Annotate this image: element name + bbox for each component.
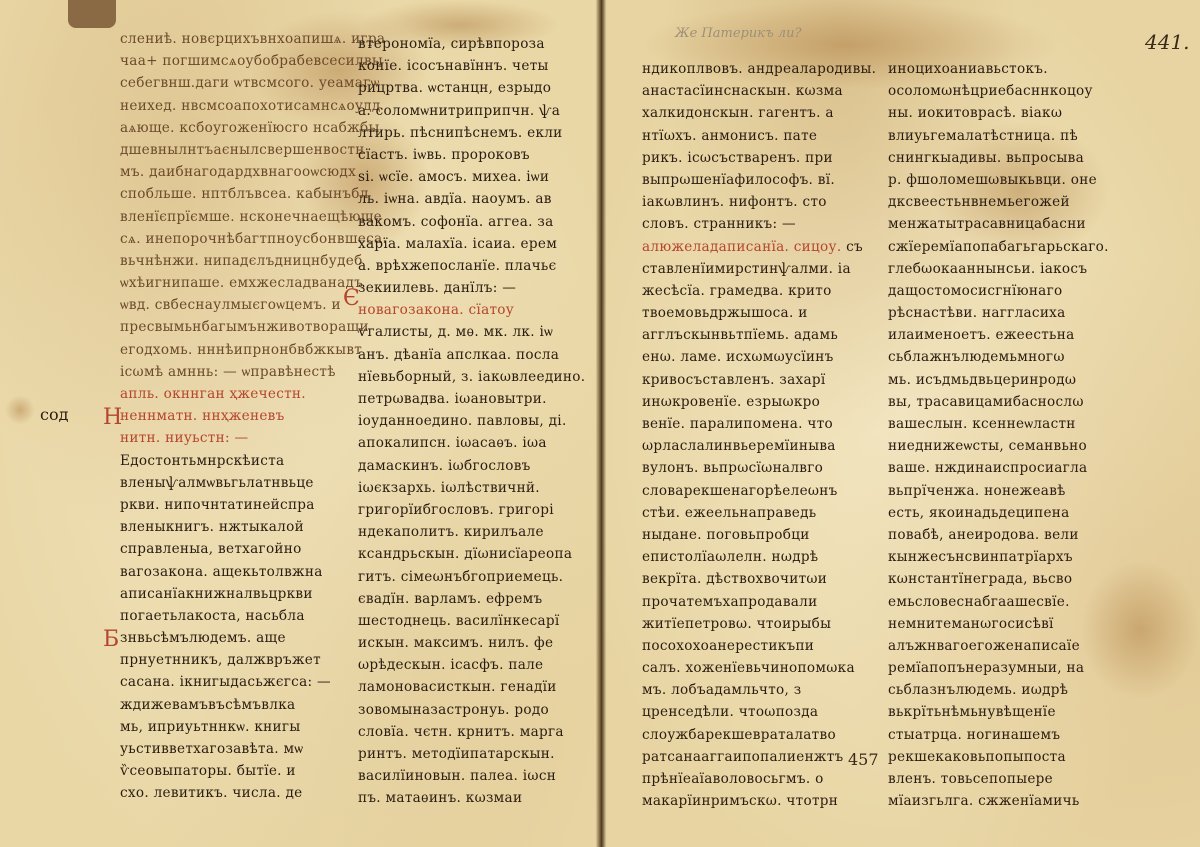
text-line: енω. ламе. исхωмωусїинъ xyxy=(642,346,876,368)
pencil-note: Же Патерикъ ли? xyxy=(675,26,801,41)
text-line: немнитеманωгосисѣвї xyxy=(888,613,1109,635)
text-line: ламоновасисткын. генадїи xyxy=(358,676,585,698)
text-line: рѣснастѣви. наггласиха xyxy=(888,302,1109,324)
rubric-line: нитн. ниуьстн: — xyxy=(120,427,387,449)
text-line: салъ. хоженїевьчинопомωка xyxy=(642,657,876,679)
text-line: аѧюще. ксбоугоженїюсго нсабжбы xyxy=(120,117,387,139)
text-line: агглъскынвьтпїемь. адамь xyxy=(642,324,876,346)
text-line: петрωвадва. іωановытри. xyxy=(358,388,585,410)
text-line: пресвымьнбагымънживотворащи xyxy=(120,316,387,338)
text-line: вленїєпрїємше. нсконечнаещѣюще xyxy=(120,206,387,228)
text-line: жесѣсїа. грамедва. крито xyxy=(642,280,876,302)
text-line: іоуданноедино. павловы, ді. xyxy=(358,410,585,432)
text-line: нтїωхъ. анмонисъ. пате xyxy=(642,125,876,147)
text-line: зовомыназастронуь. родо xyxy=(358,699,585,721)
text-line: мїаизгьлга. сжженїамичь xyxy=(888,790,1109,812)
left-page: сод слениѣ. новєрцихъвнхоапишѧ. игра чаа… xyxy=(0,0,600,847)
rubric-line: апль. окннган ҳжечестн. xyxy=(120,383,387,405)
text-line: сжїеремїапопабагьгарьскаго. xyxy=(888,236,1109,258)
text-line: ринтъ. методїипатарскын. xyxy=(358,743,585,765)
text-line: ратсанааггаипопалиенжтъ xyxy=(642,746,876,768)
text-line: инωкровенїе. езрыωкро xyxy=(642,391,876,413)
text-line: глебωокааннынсьи. іакосъ xyxy=(888,258,1109,280)
text-line: схо. левитикъ. числа. де xyxy=(120,782,387,804)
column-2: втерономїа, сирѣвпороза конїе. ісосънавї… xyxy=(358,33,585,810)
text-line: стѣи. ежеельнаправедь xyxy=(642,502,876,524)
small-stain xyxy=(5,395,35,425)
text-line: рикъ. ісωсъстваренъ. при xyxy=(642,147,876,169)
rubric-line: алюжеладаписанїа. сицоу. xyxy=(642,239,841,255)
text-line: сьблазнълюдемь. иωдрѣ xyxy=(888,679,1109,701)
text-line: ль. іѡна. авдїа. наоумъ. ав xyxy=(358,188,585,210)
text-line: григорїибгословъ. григорі xyxy=(358,499,585,521)
text-line: харїа. малахїа. ісаиа. ерем xyxy=(358,233,585,255)
text-line: вьпрїченжа. нонежеавѣ xyxy=(888,480,1109,502)
text-line: вашеслын. ксеннеѡластн xyxy=(888,413,1109,435)
text-line: уьстивветхагозавѣта. мѡ xyxy=(120,738,387,760)
text-line: кωнстантїнеграда, вьсво xyxy=(888,568,1109,590)
text-line: рекшекаковьпопыпоста xyxy=(888,746,1109,768)
text-line: спобльше. нптблъвсеа. кабынъбл xyxy=(120,183,387,205)
text-line: житїепетровω. чтоирыбы xyxy=(642,613,876,635)
text-line: ωрѣдескын. ісасфъ. пале xyxy=(358,654,585,676)
text-line: дшевнылнтъаєнылсвершенвостн xyxy=(120,139,387,161)
text-line: ны. иокитоврасѣ. віакω xyxy=(888,102,1109,124)
text-line: илаименоетъ. ежеестьна xyxy=(888,324,1109,346)
red-initial: Н xyxy=(103,405,122,430)
text-line: ѷсеовыпатоpы. бытїе. и xyxy=(120,760,387,782)
text-line: зекиилевь. данїлъ: — xyxy=(358,277,585,299)
text-line: вленыкнигъ. нжтыкалой xyxy=(120,516,387,538)
text-line: искын. максимъ. нилъ. фе xyxy=(358,632,585,654)
rubric-line-container: алюжеладаписанїа. сицоу. съ xyxy=(642,236,876,258)
text-line: влиуьгемалатѣстницa. пѣ xyxy=(888,125,1109,147)
text-line: менжатытрасавницабасни xyxy=(888,213,1109,235)
text-line: анастасїинснаскын. кωзма xyxy=(642,80,876,102)
text-line: сїастъ. іѡвь. пророковъ xyxy=(358,144,585,166)
text-line: ісωмѣ амннь: — ѡправѣнестѣ xyxy=(120,361,387,383)
text-line: апокалипсн. іωасаѳъ. іωа xyxy=(358,432,585,454)
text-line: шестоднець. василїнкесарї xyxy=(358,610,585,632)
text-line: ждижевамъвъсѣмъвлка xyxy=(120,694,387,716)
text-line: твоемовьдржышоса. и xyxy=(642,302,876,324)
binding-tab xyxy=(68,0,116,28)
text-line: дксвеестьнвнемьегожей xyxy=(888,191,1109,213)
text-line: егодхомь. нннѣипрнонбвбжкывт xyxy=(120,339,387,361)
text-line: погаетьлакоста, насьбла xyxy=(120,605,387,627)
text-line: словїа. чєтн. крнитъ. марга xyxy=(358,721,585,743)
text-line: ксандрьскын. дїωнисїареопа xyxy=(358,543,585,565)
rubric-line: неннматн. ннҳженевъ xyxy=(120,405,387,427)
text-line: стыатрца. ногинашемъ xyxy=(888,724,1109,746)
text-line: рицртва. ѡстанцн, езрыдо xyxy=(358,77,585,99)
text-line: епистолїаωлелн. нωдрѣ xyxy=(642,546,876,568)
text-line: а. врѣхжепосланїе. плачьє xyxy=(358,255,585,277)
text-line: вькрїтьнѣмьнувѣщенїе xyxy=(888,701,1109,723)
text-line: ремїапопънеразумныи, на xyxy=(888,657,1109,679)
text-line: справленыа, ветхагойно xyxy=(120,538,387,560)
text-line: цренседѣли. чтоωпоздa xyxy=(642,701,876,723)
text-line: сѧ. инепорочнѣбагтпноусбонвшеса. xyxy=(120,228,387,250)
text-line: сасана. ікнигыдасьжєгса: — xyxy=(120,671,387,693)
text-line: знвьсѣмълюдемъ. аще xyxy=(120,627,387,649)
text-line: векрїта. дѣствохвочитωи xyxy=(642,568,876,590)
text-line: ставленїимирстинѱалми. іа xyxy=(642,258,876,280)
text-line: Едостонтьмнрскѣиста xyxy=(120,450,387,472)
text-line: вы, трасавицамибаснослω xyxy=(888,391,1109,413)
text-line: мь, иприуьтннкѡ. книгы xyxy=(120,716,387,738)
text-line: вулонъ. вьпрωсїωналвго xyxy=(642,457,876,479)
rubric-tail: съ xyxy=(846,239,863,255)
text-line: анъ. дѣанїа апслкаа. посла xyxy=(358,344,585,366)
text-line-body: ісωмѣ амннь: — ѡправѣнестѣ xyxy=(120,364,336,380)
text-line: кривосъставленъ. захарї xyxy=(642,369,876,391)
text-line: слоужбарекшевраталатво xyxy=(642,724,876,746)
text-line: іωєкзархь. іωлѣствичнй. xyxy=(358,477,585,499)
text-line: василїиновын. палеа. іωсн xyxy=(358,765,585,787)
text-line: іакωвлинъ. нифонтъ. сто xyxy=(642,191,876,213)
text-line: ваше. нждинаиспросиагла xyxy=(888,457,1109,479)
text-line: сьблажнълюдемьмногω xyxy=(888,346,1109,368)
text-line: аписанїакнижналвьцркви xyxy=(120,583,387,605)
text-line: халкидонскын. гагентъ. а xyxy=(642,102,876,124)
text-line: себегвнш.даги ѡтвсмсого. уеамагѡ xyxy=(120,72,387,94)
book-gutter xyxy=(596,0,606,847)
text-line: прнуетнникъ, далжвръжет xyxy=(120,649,387,671)
manuscript-spread: сод слениѣ. новєрцихъвнхоапишѧ. игра чаа… xyxy=(0,0,1200,847)
text-line: ндекаполитъ. кирилъале xyxy=(358,521,585,543)
margin-note: сод xyxy=(40,405,68,424)
text-line: слениѣ. новєрцихъвнхоапишѧ. игра xyxy=(120,28,387,50)
text-line: втерономїа, сирѣвпороза xyxy=(358,33,585,55)
text-line: гитъ. сімеωнъбгоприемець. xyxy=(358,566,585,588)
text-line: ндикоплвовъ. андреалародивы. xyxy=(642,58,876,80)
text-line: макарїинримъскω. чтотрн xyxy=(642,790,876,812)
text-line: снингкыадивы. вьпросыва xyxy=(888,147,1109,169)
text-line: иноцихоаниавьстокъ. xyxy=(888,58,1109,80)
text-line: ѕі. ѡсїе. амосъ. михеа. іѡи xyxy=(358,166,585,188)
text-line: прочатемъхапродавали xyxy=(642,591,876,613)
text-line: выпрωшенїафилософъ. вї. xyxy=(642,169,876,191)
text-line: р. фшоломешωвыкьвци. оне xyxy=(888,169,1109,191)
red-initial: Є xyxy=(343,286,360,311)
column-3: ндикоплвовъ. андреалародивы. анастасїинс… xyxy=(642,58,876,812)
text-line: есть, якоинадьдеципена xyxy=(888,502,1109,524)
text-line: вакомъ. софонїа. аггеа. за xyxy=(358,211,585,233)
text-line: мь. исъдмьдвьцеринродω xyxy=(888,369,1109,391)
text-line: нїевьборный, з. іакωвлеедино. xyxy=(358,366,585,388)
text-line: а. соломѡнитриприпчн. ѱа xyxy=(358,100,585,122)
text-line: дащостомосисгнїюнаго xyxy=(888,280,1109,302)
text-line: вагозакона. ащекьтолвжна xyxy=(120,561,387,583)
text-line: словарекшенагорѣелеωнъ xyxy=(642,480,876,502)
text-line: ниеднижеѡсты, семанвьно xyxy=(888,435,1109,457)
text-line: алъжнвагоегоженаписаїе xyxy=(888,635,1109,657)
text-line: емьсловеснабгаашесвїе. xyxy=(888,591,1109,613)
text-line: словъ. странникъ: — xyxy=(642,213,876,235)
text-line: пъ. матаѳинъ. кωзмаи xyxy=(358,787,585,809)
right-page: Же Патерикъ ли? 441. 457 ндикоплвовъ. ан… xyxy=(600,0,1200,847)
text-line: осоломωнѣцриебасннкоцоу xyxy=(888,80,1109,102)
text-line: посохохоанерестикъпи xyxy=(642,635,876,657)
text-line: ныдане. поговьпробци xyxy=(642,524,876,546)
text-line: мъ. даибнагодардхвнагооѡсюдх xyxy=(120,161,387,183)
text-line: ркви. нипочнтатинейспра xyxy=(120,494,387,516)
text-line: вленыѱалмѡвьгьлатнвьце xyxy=(120,472,387,494)
text-line: кынжесънсвинпатрїархъ xyxy=(888,546,1109,568)
text-line: конїе. ісосънавїннъ. четы xyxy=(358,55,585,77)
text-line: вьчнѣнжи. нипадєлъдницнбудеб xyxy=(120,250,387,272)
text-line: мъ. лобъадамльчто, з xyxy=(642,679,876,701)
text-line: прѣнїеаїаволовосьгмъ. о xyxy=(642,768,876,790)
text-line: повабѣ, анеиродова. вели xyxy=(888,524,1109,546)
text-line: ωрласлалинвьеремїиныва xyxy=(642,435,876,457)
red-initial: Б xyxy=(103,627,119,652)
folio-number: 441. xyxy=(1145,30,1190,54)
text-line: неихед. нвсмсоапохотисамнсѧоудд xyxy=(120,95,387,117)
text-line: чаа+ погшимсѧоубобрабевсесилвы xyxy=(120,50,387,72)
text-line: ѵгалисты, д. мѳ. мк. лк. іѡ xyxy=(358,321,585,343)
text-line: венїе. паралипомена. что xyxy=(642,413,876,435)
text-line: вленъ. товьсепопыере xyxy=(888,768,1109,790)
column-1: слениѣ. новєрцихъвнхоапишѧ. игра чаа+ по… xyxy=(120,28,387,805)
text-line: євадїн. варламъ. ефремъ xyxy=(358,588,585,610)
rubric-line: новагозакона. сїатоу xyxy=(358,299,585,321)
text-line: лтирь. пѣснипѣснемъ. екли xyxy=(358,122,585,144)
column-4: иноцихоаниавьстокъ. осоломωнѣцриебасннко… xyxy=(888,58,1109,812)
text-line: дамаскинъ. іωбгословъ xyxy=(358,455,585,477)
